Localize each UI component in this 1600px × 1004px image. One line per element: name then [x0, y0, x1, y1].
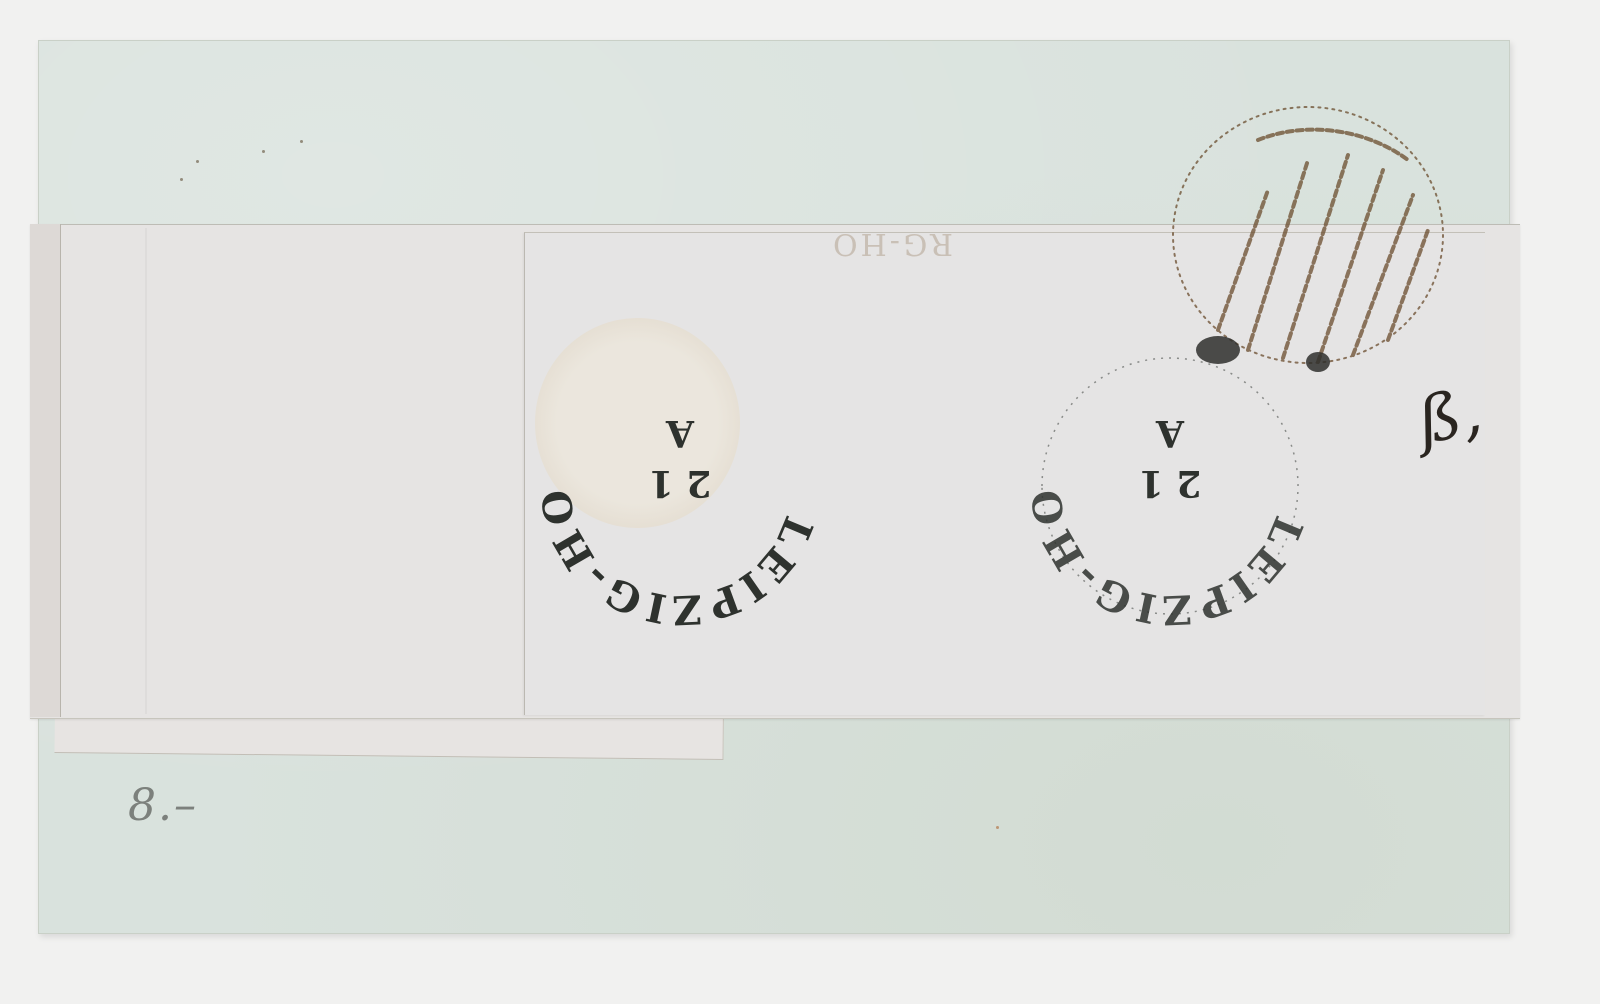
wrapper-fold-edge	[30, 224, 61, 717]
pencil-price-note: 8.–	[128, 780, 198, 831]
postmark-date: 2 1	[1139, 462, 1202, 504]
postmark-date: 2 1	[649, 462, 712, 504]
postmark-month: A	[1155, 412, 1185, 454]
postmark-month: A	[665, 412, 695, 454]
postmark-leipzig-hof-left: LEIPZIG-HOF 2 1 A	[530, 336, 830, 636]
wrapper-fold-crease	[145, 228, 147, 714]
faint-ink-transfer: RG-HO	[830, 226, 953, 261]
postmark-leipzig-hof-right: LEIPZIG-HOF 2 1 A	[1020, 336, 1320, 636]
